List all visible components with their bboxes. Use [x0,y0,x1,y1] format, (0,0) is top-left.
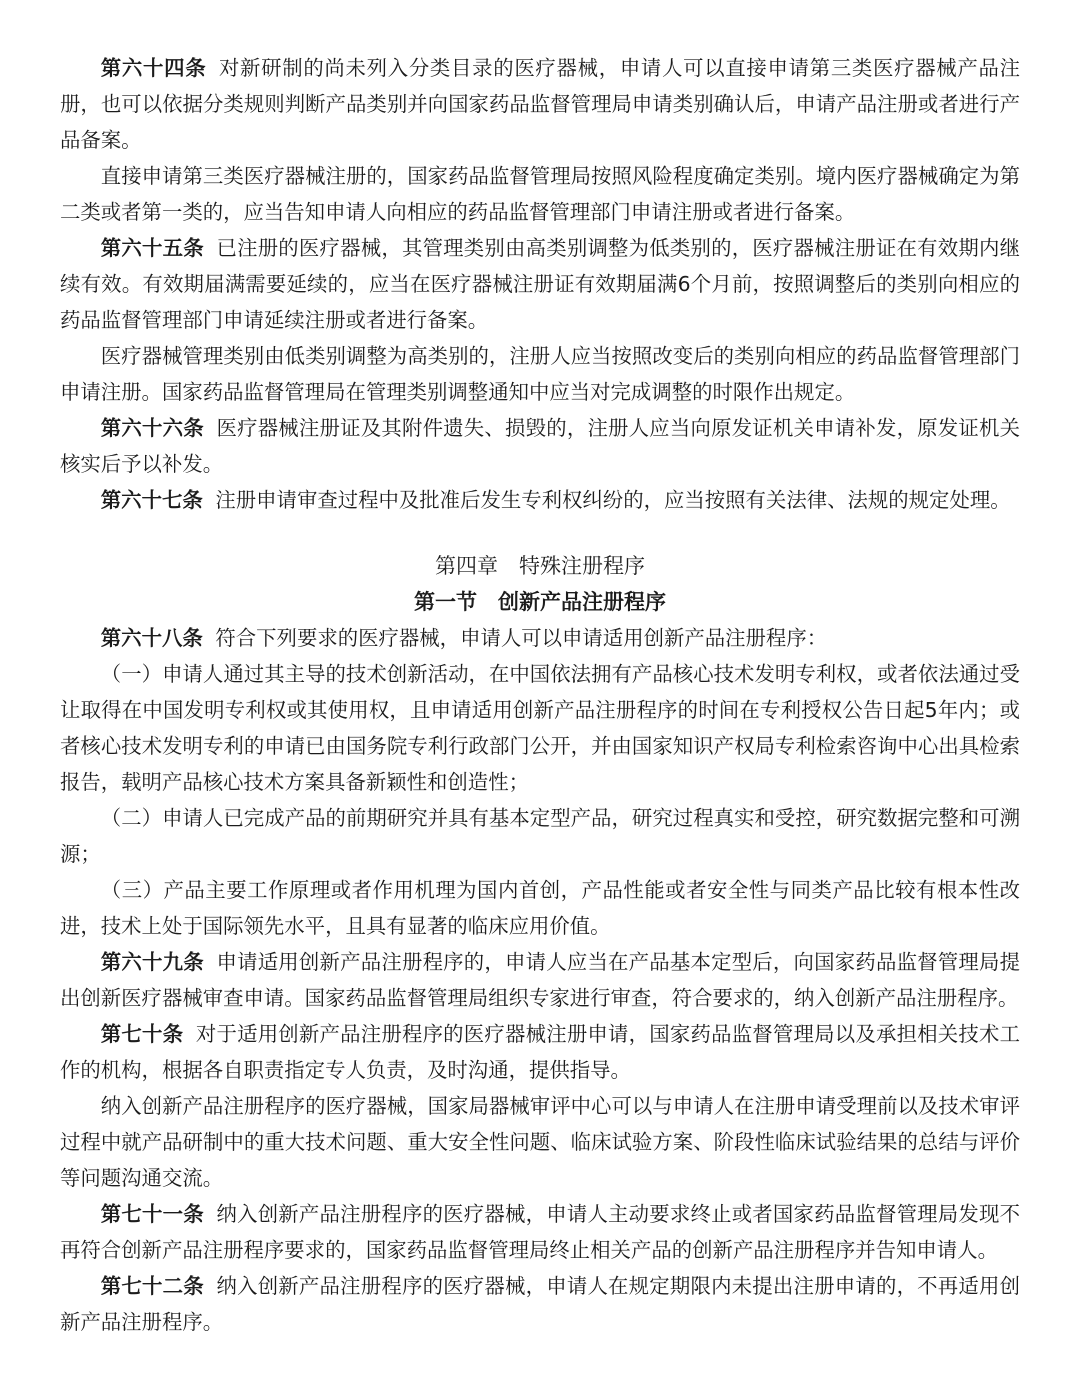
list-item-paragraph: （二）申请人已完成产品的前期研究并具有基本定型产品，研究过程真实和受控，研究数据… [60,800,1020,872]
body-paragraph: 纳入创新产品注册程序的医疗器械，国家局器械审评中心可以与申请人在注册申请受理前以… [60,1088,1020,1196]
chapter-heading: 第四章 特殊注册程序 [60,548,1020,584]
article-paragraph: 第六十七条注册申请审查过程中及批准后发生专利权纠纷的，应当按照有关法律、法规的规… [60,482,1020,518]
article-paragraph: 第六十八条符合下列要求的医疗器械，申请人可以申请适用创新产品注册程序： [60,620,1020,656]
article-paragraph: 第七十二条纳入创新产品注册程序的医疗器械，申请人在规定期限内未提出注册申请的，不… [60,1268,1020,1340]
article-number: 第七十一条 [101,1202,204,1226]
list-item-paragraph: （一）申请人通过其主导的技术创新活动，在中国依法拥有产品核心技术发明专利权，或者… [60,656,1020,800]
article-number: 第六十六条 [101,416,204,440]
list-item-paragraph: （三）产品主要工作原理或者作用机理为国内首创，产品性能或者安全性与同类产品比较有… [60,872,1020,944]
article-text: 对于适用创新产品注册程序的医疗器械注册申请，国家药品监督管理局以及承担相关技术工… [60,1022,1020,1082]
article-paragraph: 第六十六条医疗器械注册证及其附件遗失、损毁的，注册人应当向原发证机关申请补发，原… [60,410,1020,482]
body-paragraph: 直接申请第三类医疗器械注册的，国家药品监督管理局按照风险程度确定类别。境内医疗器… [60,158,1020,230]
article-number: 第六十七条 [101,488,203,512]
article-number: 第六十四条 [101,56,207,80]
article-text: 已注册的医疗器械，其管理类别由高类别调整为低类别的，医疗器械注册证在有效期内继续… [60,236,1020,332]
article-number: 第七十二条 [101,1274,204,1298]
article-text: 申请适用创新产品注册程序的，申请人应当在产品基本定型后，向国家药品监督管理局提出… [60,950,1020,1010]
article-text: 符合下列要求的医疗器械，申请人可以申请适用创新产品注册程序： [215,626,827,650]
article-number: 第七十条 [101,1022,183,1046]
article-text: 纳入创新产品注册程序的医疗器械，申请人在规定期限内未提出注册申请的，不再适用创新… [60,1274,1020,1334]
body-paragraph: 医疗器械管理类别由低类别调整为高类别的，注册人应当按照改变后的类别向相应的药品监… [60,338,1020,410]
document-page: 第六十四条对新研制的尚未列入分类目录的医疗器械，申请人可以直接申请第三类医疗器械… [0,0,1080,1340]
article-number: 第六十五条 [101,236,204,260]
article-text: 医疗器械注册证及其附件遗失、损毁的，注册人应当向原发证机关申请补发，原发证机关核… [60,416,1020,476]
article-text: 注册申请审查过程中及批准后发生专利权纠纷的，应当按照有关法律、法规的规定处理。 [215,488,1010,512]
section-heading: 第一节 创新产品注册程序 [60,584,1020,620]
article-number: 第六十九条 [101,950,204,974]
article-paragraph: 第六十五条已注册的医疗器械，其管理类别由高类别调整为低类别的，医疗器械注册证在有… [60,230,1020,338]
article-paragraph: 第六十九条申请适用创新产品注册程序的，申请人应当在产品基本定型后，向国家药品监督… [60,944,1020,1016]
article-number: 第六十八条 [101,626,203,650]
article-paragraph: 第七十一条纳入创新产品注册程序的医疗器械，申请人主动要求终止或者国家药品监督管理… [60,1196,1020,1268]
article-paragraph: 第六十四条对新研制的尚未列入分类目录的医疗器械，申请人可以直接申请第三类医疗器械… [60,50,1020,158]
article-text: 纳入创新产品注册程序的医疗器械，申请人主动要求终止或者国家药品监督管理局发现不再… [60,1202,1020,1262]
article-paragraph: 第七十条对于适用创新产品注册程序的医疗器械注册申请，国家药品监督管理局以及承担相… [60,1016,1020,1088]
